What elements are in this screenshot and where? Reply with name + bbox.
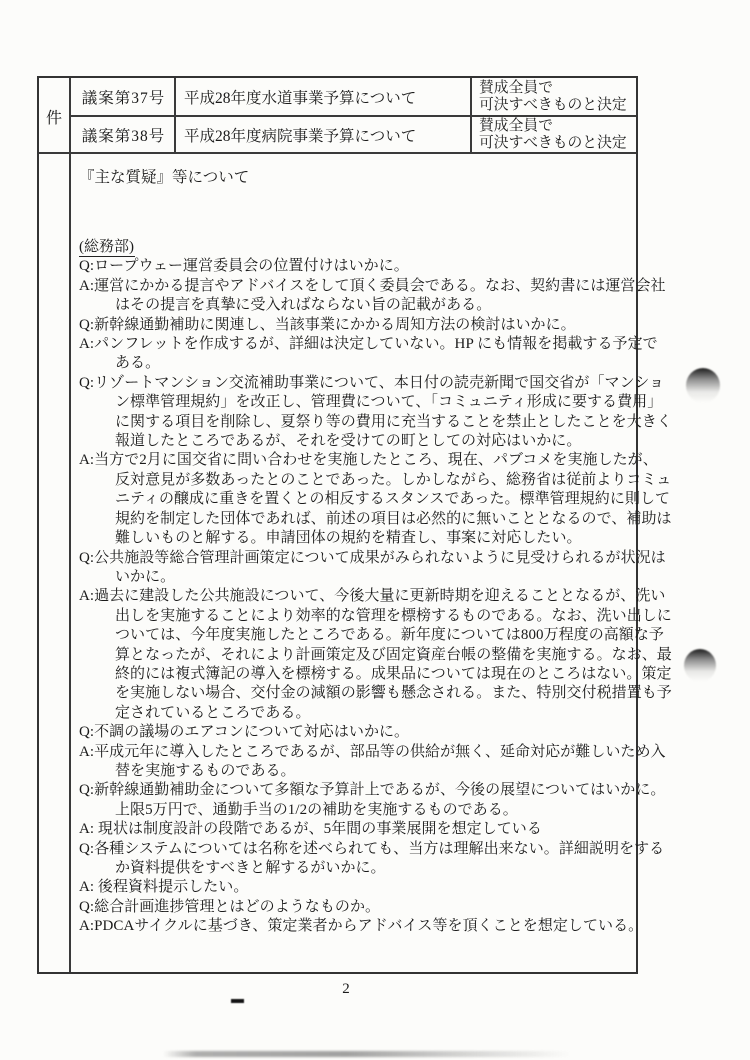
body-heading: 『主な質疑』等について — [79, 168, 638, 188]
scanned-document-page: 件 議案第37号 平成28年度水道事業予算について 賛成全員で 可決すべきものと… — [0, 0, 750, 1060]
qa-item: Q:公共施設等総合管理計画策定について成果がみられないように見受けられるが状況は… — [79, 549, 672, 588]
scan-mark — [231, 999, 244, 1003]
qa-item: Q:総合計画進捗管理とはどのようなものか。 — [79, 898, 672, 917]
qa-item: A:パンフレットを作成するが、詳細は決定していない。HP にも情報を掲載する予定… — [79, 335, 672, 374]
qa-item: Q:不調の議場のエアコンについて対応はいかに。 — [79, 723, 672, 742]
punch-hole-shadow-icon — [684, 649, 716, 682]
qa-list: Q:ロープウェー運営委員会の位置付けはいかに。 A:運営にかかる提言やアドバイス… — [79, 257, 638, 936]
qa-item: Q:新幹線通勤補助に関連し、当該事業にかかる周知方法の検討はいかに。 — [79, 316, 672, 335]
qa-item: Q:新幹線通勤補助金について多額な予算計上であるが、今後の展望についてはいかに。… — [79, 781, 672, 820]
qa-item: A: 現状は制度設計の段階であるが、5年間の事業展開を想定している — [79, 820, 672, 839]
punch-hole-shadow-icon — [686, 368, 720, 403]
qa-item: Q:リゾートマンション交流補助事業について、本日付の読売新聞で国交省が「マンショ… — [79, 374, 672, 452]
result-line: 賛成全員で — [479, 80, 553, 97]
table-cell-result: 賛成全員で 可決すべきものと決定 — [472, 117, 638, 152]
qa-item: Q:各種システムについては名称を述べられても、当方は理解出来ない。詳細説明をする… — [79, 840, 672, 879]
scan-smudge — [163, 1051, 571, 1057]
qa-item: A: 後程資料提示したい。 — [79, 878, 672, 897]
agenda-table: 件 議案第37号 平成28年度水道事業予算について 賛成全員で 可決すべきものと… — [37, 76, 638, 974]
table-cell-bill-no: 議案第38号 — [73, 117, 174, 152]
section-label: (総務部) — [79, 238, 638, 257]
result-line: 可決すべきものと決定 — [479, 135, 627, 152]
qa-item: Q:ロープウェー運営委員会の位置付けはいかに。 — [79, 257, 672, 276]
table-cell-result: 賛成全員で 可決すべきものと決定 — [472, 78, 638, 115]
table-cell-subject: 平成28年度水道事業予算について — [176, 78, 470, 115]
qa-item: A:当方で2月に国交省に問い合わせを実施したところ、現在、パブコメを実施したが、… — [79, 451, 672, 548]
table-row-header: 件 — [39, 78, 69, 154]
qa-item: A:PDCAサイクルに基づき、策定業者からアドバイス等を頂くことを想定している。 — [79, 917, 672, 936]
table-cell-subject: 平成28年度病院事業予算について — [176, 117, 470, 152]
qa-item: A:平成元年に導入したところであるが、部品等の供給が無く、延命対応が難しいため入… — [79, 743, 672, 782]
qa-item: A:過去に建設した公共施設について、今後大量に更新時期を迎えることとなるが、洗い… — [79, 587, 672, 723]
result-line: 賛成全員で — [479, 118, 553, 135]
table-cell-bill-no: 議案第37号 — [73, 78, 174, 115]
result-line: 可決すべきものと決定 — [479, 97, 627, 114]
qa-item: A:運営にかかる提言やアドバイスをして頂く委員会である。なお、契約書には運営会社… — [79, 277, 672, 316]
page-number: 2 — [333, 981, 359, 998]
minutes-body: 『主な質疑』等について (総務部) Q:ロープウェー運営委員会の位置付けはいかに… — [71, 154, 638, 974]
